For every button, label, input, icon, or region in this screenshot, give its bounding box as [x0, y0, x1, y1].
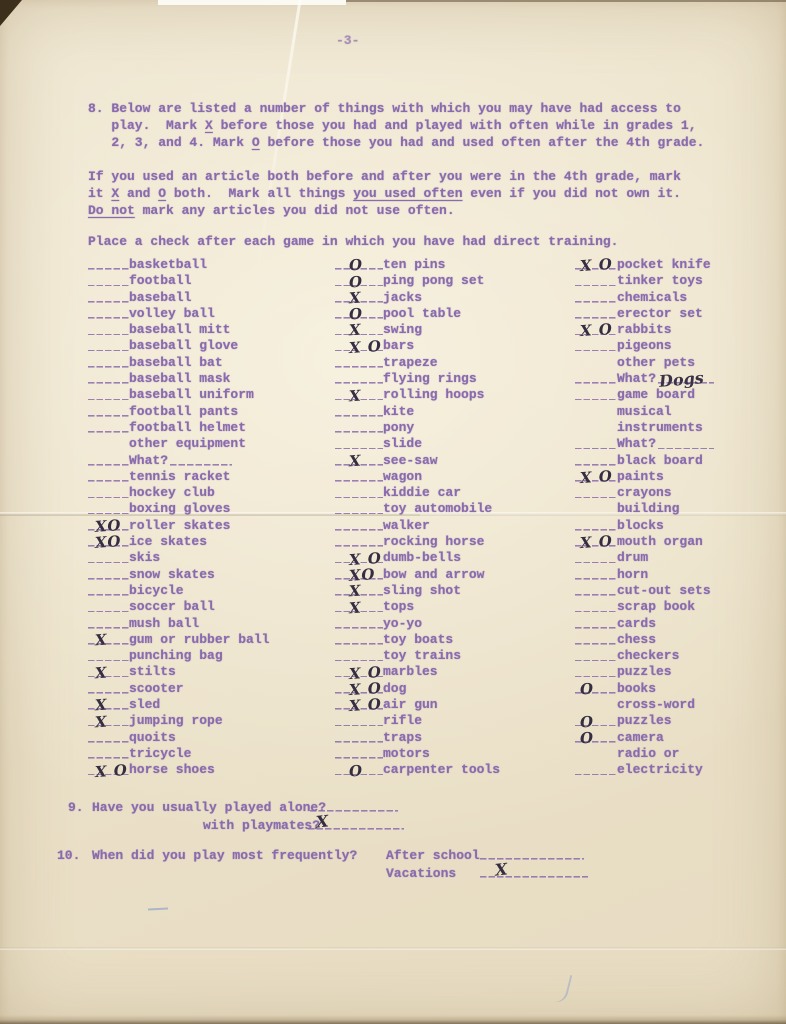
underlined-text: O	[158, 186, 166, 201]
item-row: Obooks	[575, 681, 783, 697]
answer-blank[interactable]	[88, 619, 129, 629]
item-row: What?	[88, 453, 333, 469]
item-label: dog	[383, 681, 406, 696]
item-label: What?	[617, 436, 656, 451]
item-row: basketball	[88, 257, 333, 273]
item-row: building	[575, 501, 783, 517]
item-label: quoits	[129, 730, 176, 745]
item-row: Xsling shot	[335, 583, 573, 599]
instruction-text: before those you had and played with oft…	[213, 118, 697, 133]
handwritten-xo-mark: X	[94, 665, 108, 681]
instruction-line: If you used an article both before and a…	[88, 168, 681, 185]
q10-number: 10.	[57, 847, 80, 864]
item-row: flying rings	[335, 371, 573, 387]
blank-spacer	[575, 700, 617, 710]
item-row: hockey club	[88, 485, 333, 501]
blank-spacer	[575, 358, 617, 368]
handwritten-x-mark: X	[315, 811, 329, 831]
answer-blank[interactable]	[88, 276, 129, 286]
answer-blank[interactable]	[575, 635, 617, 645]
blank-spacer	[575, 423, 617, 433]
answer-blank[interactable]	[88, 407, 129, 417]
item-row: X Ohorse shoes	[88, 762, 333, 778]
item-row: football pants	[88, 404, 333, 420]
answer-blank[interactable]	[335, 488, 383, 498]
instruction-line: Place a check after each game in which y…	[88, 233, 619, 250]
item-row: X Orabbits	[575, 322, 783, 338]
item-row: toy trains	[335, 648, 573, 664]
answer-blank[interactable]	[88, 602, 129, 612]
answer-blank[interactable]	[335, 504, 383, 514]
checklist-column-1: basketballfootballbaseballvolley ballbas…	[88, 257, 333, 779]
handwritten-xo-mark: X	[348, 584, 362, 600]
item-row: quoits	[88, 730, 333, 746]
scan-corner-shadow	[0, 0, 22, 26]
answer-blank[interactable]	[88, 472, 129, 482]
item-label: crayons	[617, 485, 672, 500]
item-label: baseball uniform	[129, 387, 254, 402]
questionnaire-page: -3- 8. Below are listed a number of thin…	[0, 0, 786, 1024]
item-label: volley ball	[129, 306, 215, 321]
answer-blank[interactable]	[335, 407, 383, 417]
answer-blank[interactable]	[575, 553, 617, 563]
item-row: horn	[575, 567, 783, 583]
answer-blank[interactable]	[335, 716, 383, 726]
answer-blank[interactable]	[88, 309, 129, 319]
page-number: -3-	[336, 32, 359, 49]
item-row: Ocarpenter tools	[335, 762, 573, 778]
item-label: kite	[383, 404, 414, 419]
item-row: Xsee-saw	[335, 453, 573, 469]
item-label: kiddie car	[383, 485, 461, 500]
answer-blank[interactable]	[88, 684, 129, 694]
item-label: camera	[617, 730, 664, 745]
handwritten-xo-mark: X O	[95, 762, 129, 779]
item-label: tops	[383, 599, 414, 614]
instruction-line: play. Mark X before those you had and pl…	[88, 117, 704, 134]
handwritten-xo-mark: X	[94, 698, 108, 714]
item-row: soccer ball	[88, 599, 333, 615]
item-row: traps	[335, 730, 573, 746]
item-row: musical	[575, 404, 783, 420]
item-label: rocking horse	[383, 534, 484, 549]
instruction-line: 8. Below are listed a number of things w…	[88, 100, 704, 117]
item-row: motors	[335, 746, 573, 762]
item-row: Xsled	[88, 697, 333, 713]
item-label: radio or	[617, 746, 679, 761]
item-label: jacks	[383, 290, 422, 305]
item-label: air gun	[383, 697, 438, 712]
item-label: football helmet	[129, 420, 246, 435]
item-label: basketball	[129, 257, 207, 272]
answer-blank[interactable]	[88, 260, 129, 270]
answer-blank[interactable]	[575, 570, 617, 580]
answer-blank[interactable]	[575, 390, 617, 400]
write-in-blank[interactable]: Dogs	[658, 374, 714, 384]
item-row: Xtops	[335, 599, 573, 615]
answer-blank[interactable]	[88, 423, 129, 433]
item-row: cut-out sets	[575, 583, 783, 599]
item-label: wagon	[383, 469, 422, 484]
answer-blank[interactable]	[575, 488, 617, 498]
item-label: puzzles	[617, 664, 672, 679]
pencil-stray-mark	[550, 972, 573, 1005]
item-label: stilts	[129, 664, 176, 679]
item-row: crayons	[575, 485, 783, 501]
item-row: What?	[575, 436, 783, 452]
handwritten-xo-mark: X O	[580, 534, 614, 551]
q10-option1-label: After school	[386, 847, 480, 864]
item-label: other equipment	[129, 436, 246, 451]
item-label: horn	[617, 567, 648, 582]
q9-alone-blank[interactable]	[310, 799, 398, 812]
answer-blank[interactable]	[88, 504, 129, 514]
answer-blank[interactable]	[335, 439, 383, 449]
item-row: X Opaints	[575, 469, 783, 485]
item-row: kiddie car	[335, 485, 573, 501]
item-label: tennis racket	[129, 469, 230, 484]
item-label: electricity	[617, 762, 703, 777]
item-row: football helmet	[88, 420, 333, 436]
answer-blank[interactable]	[335, 651, 383, 661]
item-label: yo-yo	[383, 616, 422, 631]
instruction-line: Do not mark any articles you did not use…	[88, 202, 681, 219]
item-label: baseball glove	[129, 338, 238, 353]
item-row: football	[88, 273, 333, 289]
item-row: other equipment	[88, 436, 333, 452]
handwritten-xo-mark: X O	[580, 322, 614, 339]
item-row: boxing gloves	[88, 501, 333, 517]
item-label: jumping rope	[129, 713, 223, 728]
item-label: pigeons	[617, 338, 672, 353]
answer-blank[interactable]	[575, 276, 617, 286]
item-label: hockey club	[129, 485, 215, 500]
item-row: baseball uniform	[88, 387, 333, 403]
item-row: scooter	[88, 681, 333, 697]
item-row: Xrolling hoops	[335, 387, 573, 403]
instruction-text: and	[119, 186, 158, 201]
item-label: drum	[617, 550, 648, 565]
item-row: chemicals	[575, 290, 783, 306]
answer-blank[interactable]	[88, 341, 129, 351]
item-row: toy boats	[335, 632, 573, 648]
item-label: cross-word	[617, 697, 695, 712]
handwritten-xo-mark: XO	[95, 534, 122, 551]
item-label: marbles	[383, 664, 438, 679]
item-row: trapeze	[335, 355, 573, 371]
handwritten-xo-mark: X	[348, 388, 362, 404]
item-label: ice skates	[129, 534, 207, 549]
item-label: What?	[129, 453, 168, 468]
item-row: X Omouth organ	[575, 534, 783, 550]
item-row: XOice skates	[88, 534, 333, 550]
item-row: XObow and arrow	[335, 567, 573, 583]
item-row: checkers	[575, 648, 783, 664]
answer-blank[interactable]	[335, 521, 383, 531]
answer-blank[interactable]	[335, 374, 383, 384]
item-label: baseball bat	[129, 355, 223, 370]
item-row: chess	[575, 632, 783, 648]
item-row: wagon	[335, 469, 573, 485]
answer-blank[interactable]	[575, 439, 617, 449]
q8-instructions-para2: If you used an article both before and a…	[88, 168, 681, 219]
item-label: What?	[617, 371, 656, 386]
answer-blank[interactable]	[335, 733, 383, 743]
item-row: pony	[335, 420, 573, 436]
item-label: bow and arrow	[383, 567, 484, 582]
item-label: see-saw	[383, 453, 438, 468]
item-label: ping pong set	[383, 273, 484, 288]
instruction-text: 2, 3, and 4. Mark	[88, 135, 252, 150]
answer-blank[interactable]	[88, 651, 129, 661]
underlined-text: you used often	[353, 186, 462, 201]
q10-after-school-blank[interactable]	[480, 847, 584, 860]
item-row: X Oair gun	[335, 697, 573, 713]
item-label: scrap book	[617, 599, 695, 614]
item-label: pocket knife	[617, 257, 711, 272]
answer-blank[interactable]	[575, 341, 617, 351]
item-row: cross-word	[575, 697, 783, 713]
item-row: mush ball	[88, 616, 333, 632]
answer-blank[interactable]	[335, 749, 383, 759]
item-row: puzzles	[575, 664, 783, 680]
item-row: Opool table	[335, 306, 573, 322]
paper-edge-tear	[158, 0, 346, 5]
checklist-column-2: Oten pinsOping pong setXjacksOpool table…	[335, 257, 573, 779]
instruction-text: 8. Below are listed a number of things w…	[88, 101, 681, 116]
item-row: Oping pong set	[335, 273, 573, 289]
answer-blank[interactable]	[335, 537, 383, 547]
handwritten-xo-mark: X	[348, 453, 362, 469]
item-label: snow skates	[129, 567, 215, 582]
item-label: black board	[617, 453, 703, 468]
item-label: other pets	[617, 355, 695, 370]
answer-blank[interactable]	[575, 586, 617, 596]
item-row: Xswing	[335, 322, 573, 338]
answer-blank[interactable]	[88, 456, 129, 466]
handwritten-xo-mark: O	[348, 763, 363, 779]
answer-blank[interactable]	[575, 765, 617, 775]
item-label: roller skates	[129, 518, 230, 533]
item-label: baseball mask	[129, 371, 230, 386]
q9-number: 9.	[68, 799, 84, 816]
item-label: gum or rubber ball	[129, 632, 269, 647]
item-row: radio or	[575, 746, 783, 762]
item-label: slide	[383, 436, 422, 451]
instruction-line: 2, 3, and 4. Mark O before those you had…	[88, 134, 704, 151]
answer-blank[interactable]	[88, 325, 129, 335]
item-label: toy boats	[383, 632, 453, 647]
item-row: baseball bat	[88, 355, 333, 371]
item-label: soccer ball	[129, 599, 215, 614]
item-row: Xgum or rubber ball	[88, 632, 333, 648]
item-row: rifle	[335, 713, 573, 729]
item-label: mush ball	[129, 616, 199, 631]
item-label: musical	[617, 404, 672, 419]
item-row: pigeons	[575, 338, 783, 354]
handwritten-xo-mark: X	[348, 600, 362, 616]
item-row: walker	[335, 518, 573, 534]
answer-blank[interactable]	[575, 456, 617, 466]
item-label: bars	[383, 338, 414, 353]
answer-blank[interactable]	[88, 374, 129, 384]
answer-blank[interactable]	[88, 570, 129, 580]
item-label: books	[617, 681, 656, 696]
q9-sub-label: with playmates?	[203, 817, 320, 834]
answer-blank[interactable]	[575, 293, 617, 303]
q10-vacations-blank[interactable]: X	[480, 865, 588, 878]
answer-blank[interactable]	[335, 472, 383, 482]
instruction-text: mark any articles you did not use often.	[135, 203, 455, 218]
item-label: sling shot	[383, 583, 461, 598]
underlined-text: O	[252, 135, 260, 150]
item-row: cards	[575, 616, 783, 632]
item-label: baseball	[129, 290, 191, 305]
item-label: puzzles	[617, 713, 672, 728]
answer-blank[interactable]	[575, 602, 617, 612]
item-row: Ocamera	[575, 730, 783, 746]
scan-edge-line	[346, 0, 786, 2]
answer-blank[interactable]	[88, 358, 129, 368]
item-row: Oten pins	[335, 257, 573, 273]
item-label: pony	[383, 420, 414, 435]
item-row: baseball glove	[88, 338, 333, 354]
answer-blank[interactable]	[88, 488, 129, 498]
answer-blank[interactable]	[335, 358, 383, 368]
answer-blank[interactable]	[88, 733, 129, 743]
item-label: flying rings	[383, 371, 477, 386]
item-label: football	[129, 273, 191, 288]
answer-blank[interactable]	[335, 635, 383, 645]
q8-instructions-para1: 8. Below are listed a number of things w…	[88, 100, 704, 151]
handwritten-xo-mark: O	[348, 258, 363, 274]
item-label: pool table	[383, 306, 461, 321]
item-label: cards	[617, 616, 656, 631]
pencil-stray-mark	[148, 907, 168, 910]
item-label: mouth organ	[617, 534, 703, 549]
answer-blank[interactable]	[575, 521, 617, 531]
item-row: X Omarbles	[335, 664, 573, 680]
item-label: trapeze	[383, 355, 438, 370]
write-in-blank[interactable]	[170, 456, 232, 466]
item-row: game board	[575, 387, 783, 403]
underlined-text: X	[205, 118, 213, 133]
item-label: ten pins	[383, 257, 445, 272]
item-label: bicycle	[129, 583, 184, 598]
answer-blank[interactable]	[88, 586, 129, 596]
item-label: chemicals	[617, 290, 687, 305]
item-label: punching bag	[129, 648, 223, 663]
handwritten-xo-mark: X	[94, 714, 108, 730]
blank-spacer	[88, 439, 129, 449]
answer-blank[interactable]	[88, 749, 129, 759]
item-label: rolling hoops	[383, 387, 484, 402]
item-row: slide	[335, 436, 573, 452]
item-label: chess	[617, 632, 656, 647]
blank-spacer	[575, 407, 617, 417]
answer-blank[interactable]	[335, 423, 383, 433]
item-label: cut-out sets	[617, 583, 711, 598]
item-label: dumb-bells	[383, 550, 461, 565]
instruction-text: both. Mark all things	[166, 186, 353, 201]
q9-question: Have you usually played alone?	[92, 799, 326, 816]
item-row: X Obars	[335, 338, 573, 354]
item-label: boxing gloves	[129, 501, 230, 516]
answer-blank[interactable]	[88, 293, 129, 303]
item-label: scooter	[129, 681, 184, 696]
item-row: toy automobile	[335, 501, 573, 517]
item-row: tinker toys	[575, 273, 783, 289]
item-label: skis	[129, 550, 160, 565]
item-row: tricycle	[88, 746, 333, 762]
item-row: X Odumb-bells	[335, 550, 573, 566]
item-row: tennis racket	[88, 469, 333, 485]
answer-blank[interactable]	[575, 309, 617, 319]
handwritten-xo-mark: O	[579, 730, 594, 746]
blank-spacer	[575, 749, 617, 759]
write-in-blank[interactable]	[658, 439, 714, 449]
answer-blank[interactable]	[575, 374, 617, 384]
item-label: rifle	[383, 713, 422, 728]
item-label: traps	[383, 730, 422, 745]
item-label: baseball mitt	[129, 322, 230, 337]
underlined-text: Do not	[88, 203, 135, 218]
item-row: What?Dogs	[575, 371, 783, 387]
item-label: sled	[129, 697, 160, 712]
item-label: erector set	[617, 306, 703, 321]
item-row: skis	[88, 550, 333, 566]
instruction-text: it	[88, 186, 111, 201]
blank-spacer	[575, 504, 617, 514]
answer-blank[interactable]	[335, 619, 383, 629]
answer-blank[interactable]	[88, 553, 129, 563]
item-row: instruments	[575, 420, 783, 436]
item-row: baseball mask	[88, 371, 333, 387]
q8-instructions-para3: Place a check after each game in which y…	[88, 233, 619, 250]
item-row: punching bag	[88, 648, 333, 664]
item-label: tricycle	[129, 746, 191, 761]
item-label: paints	[617, 469, 664, 484]
item-label: swing	[383, 322, 422, 337]
instruction-line: it X and O both. Mark all things you use…	[88, 185, 681, 202]
item-row: scrap book	[575, 599, 783, 615]
handwritten-xo-mark: X	[348, 323, 362, 339]
answer-blank[interactable]	[575, 667, 617, 677]
handwritten-xo-mark: X O	[349, 697, 383, 714]
item-label: toy automobile	[383, 501, 492, 516]
item-label: walker	[383, 518, 430, 533]
answer-blank[interactable]	[575, 619, 617, 629]
item-row: kite	[335, 404, 573, 420]
paper-fold-line	[0, 947, 786, 950]
q9-playmates-blank[interactable]: X	[308, 817, 404, 830]
handwritten-xo-mark: X O	[349, 339, 383, 356]
item-label: blocks	[617, 518, 664, 533]
item-label: rabbits	[617, 322, 672, 337]
item-row: bicycle	[88, 583, 333, 599]
item-label: checkers	[617, 648, 679, 663]
handwritten-xo-mark: X O	[580, 469, 614, 486]
q10-question: When did you play most frequently?	[92, 847, 357, 864]
item-label: game board	[617, 387, 695, 402]
item-row: rocking horse	[335, 534, 573, 550]
answer-blank[interactable]	[575, 651, 617, 661]
item-row: other pets	[575, 355, 783, 371]
item-label: motors	[383, 746, 430, 761]
item-row: baseball	[88, 290, 333, 306]
item-row: Xjacks	[335, 290, 573, 306]
answer-blank[interactable]	[88, 390, 129, 400]
